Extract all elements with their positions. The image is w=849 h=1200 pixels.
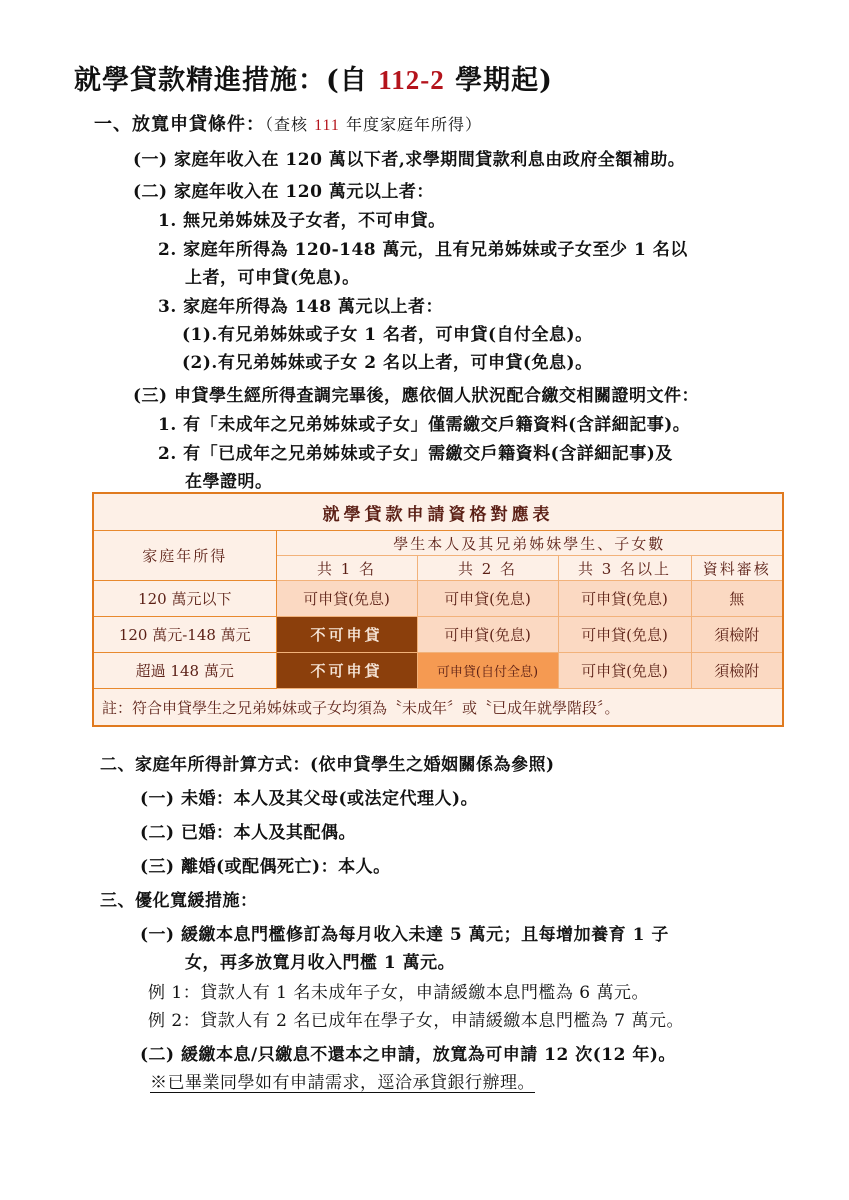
eligibility-cell: 可申貸(免息) — [276, 581, 417, 617]
section1-item-3: (三) 申貸學生經所得查調完畢後，應依個人狀況配合繳交相關證明文件： — [133, 381, 699, 406]
section2-item-3: (三) 離婚(或配偶死亡)：本人。 — [140, 852, 391, 877]
section2-item-1: (一) 未婚：本人及其父母(或法定代理人)。 — [140, 784, 478, 809]
example-2: 例 2：貸款人有 2 名已成年在學子女，申請緩繳本息門檻為 7 萬元。 — [148, 1006, 684, 1031]
section1-item-1: (一) 家庭年收入在 120 萬以下者,求學期間貸款利息由政府全額補助。 — [133, 145, 685, 170]
semester-highlight: 112-2 — [378, 65, 445, 95]
row-header-income: 家庭年所得 — [93, 531, 276, 581]
table-row: 120 萬元以下 可申貸(免息) 可申貸(免息) 可申貸(免息) 無 — [93, 581, 783, 617]
eligibility-cell: 不可申貸 — [276, 617, 417, 653]
table-row: 120 萬元-148 萬元 不可申貸 可申貸(免息) 可申貸(免息) 須檢附 — [93, 617, 783, 653]
eligibility-cell: 可申貸(免息) — [558, 581, 691, 617]
eligibility-cell: 不可申貸 — [276, 653, 417, 689]
eligibility-cell: 可申貸(免息) — [417, 581, 558, 617]
eligibility-cell: 可申貸(自付全息) — [417, 653, 558, 689]
eligibility-cell: 可申貸(免息) — [558, 653, 691, 689]
review-cell: 須檢附 — [691, 653, 783, 689]
income-cell: 120 萬元以下 — [93, 581, 276, 617]
section1-item-2: (二) 家庭年收入在 120 萬元以上者： — [133, 177, 434, 202]
section1-item-3-1: 1. 有「未成年之兄弟姊妹或子女」僅需繳交戶籍資料(含詳細記事)。 — [158, 410, 690, 435]
col-header-3: 共 3 名以上 — [558, 556, 691, 581]
section3-item-1-cont: 女，再多放寬月收入門檻 1 萬元。 — [185, 948, 455, 973]
section1-heading: 一、放寬申貸條件：（查核 111 年度家庭年所得） — [94, 110, 482, 136]
section3-heading: 三、優化寬緩措施： — [100, 886, 258, 911]
section1-item-3-2: 2. 有「已成年之兄弟姊妹或子女」需繳交戶籍資料(含詳細記事)及 — [158, 439, 673, 464]
page-title: 就學貸款精進措施：(自 112-2 學期起) — [74, 58, 553, 97]
section1-item-2-1: 1. 無兄弟姊妹及子女者，不可申貸。 — [158, 206, 446, 231]
section1-item-2-2: 2. 家庭年所得為 120-148 萬元，且有兄弟姊妹或子女至少 1 名以 — [158, 235, 688, 260]
section3-item-2: (二) 緩繳本息/只繳息不還本之申請，放寬為可申請 12 次(12 年)。 — [140, 1040, 676, 1065]
col-header-1: 共 1 名 — [276, 556, 417, 581]
col-header-review: 資料審核 — [691, 556, 783, 581]
section1-item-2-3: 3. 家庭年所得為 148 萬元以上者： — [158, 292, 443, 317]
section2-item-2: (二) 已婚：本人及其配偶。 — [140, 818, 356, 843]
col-header-2: 共 2 名 — [417, 556, 558, 581]
table-row: 超過 148 萬元 不可申貸 可申貸(自付全息) 可申貸(免息) 須檢附 — [93, 653, 783, 689]
review-cell: 須檢附 — [691, 617, 783, 653]
group-header: 學生本人及其兄弟姊妹學生、子女數 — [276, 531, 783, 556]
section1-item-3-2-cont: 在學證明。 — [185, 467, 273, 492]
section2-heading: 二、家庭年所得計算方式：(依申貸學生之婚姻關係為參照) — [100, 750, 555, 775]
eligibility-cell: 可申貸(免息) — [558, 617, 691, 653]
eligibility-cell: 可申貸(免息) — [417, 617, 558, 653]
table-note: 註：符合申貸學生之兄弟姊妹或子女均須為〝未成年〞或〝已成年就學階段〞。 — [93, 689, 783, 727]
section1-item-2-2-cont: 上者，可申貸(免息)。 — [185, 263, 360, 288]
section1-item-2-3-2: (2).有兄弟姊妹或子女 2 名以上者，可申貸(免息)。 — [182, 348, 593, 373]
graduate-footnote: ※已畢業同學如有申請需求，逕洽承貸銀行辦理。 — [150, 1068, 535, 1093]
section1-item-2-3-1: (1).有兄弟姊妹或子女 1 名者，可申貸(自付全息)。 — [182, 320, 593, 345]
income-cell: 120 萬元-148 萬元 — [93, 617, 276, 653]
section3-item-1: (一) 緩繳本息門檻修訂為每月收入未達 5 萬元；且每增加養育 1 子 — [140, 920, 669, 945]
example-1: 例 1：貸款人有 1 名未成年子女，申請緩繳本息門檻為 6 萬元。 — [148, 978, 649, 1003]
table-title: 就學貸款申請資格對應表 — [93, 493, 783, 531]
review-cell: 無 — [691, 581, 783, 617]
income-cell: 超過 148 萬元 — [93, 653, 276, 689]
eligibility-table: 就學貸款申請資格對應表 家庭年所得 學生本人及其兄弟姊妹學生、子女數 共 1 名… — [92, 492, 784, 727]
